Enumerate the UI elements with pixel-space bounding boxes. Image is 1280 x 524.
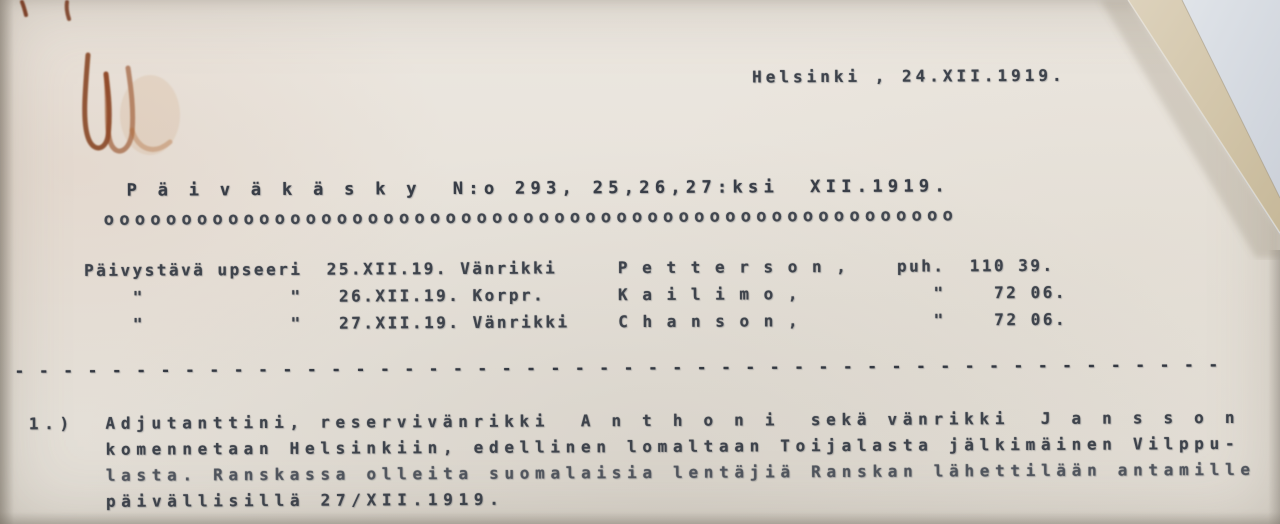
separator-line: - - - - - - - - - - - - - - - - - - - - … [15,355,1221,380]
roster-line-3: " " 27.XII.19. Vänrikki C h a n s o n , … [84,306,1067,338]
corner-fold [1070,0,1280,260]
paragraph-line-3: lasta. Ranskassa olleita suomalaisia len… [29,457,1256,489]
title-underline: oooooooooooooooooooooooooooooooooooooooo… [104,205,959,229]
date-line: Helsinki , 24.XII.1919. [752,66,1066,87]
order-title: P ä i v ä k ä s k y N:o 293, 25,26,27:ks… [127,176,950,200]
paragraph-line-4: päivällisillä 27/XII.1919. [29,487,504,515]
scanned-document-photo: { "document": { "kind": "typewritten ord… [0,0,1280,524]
